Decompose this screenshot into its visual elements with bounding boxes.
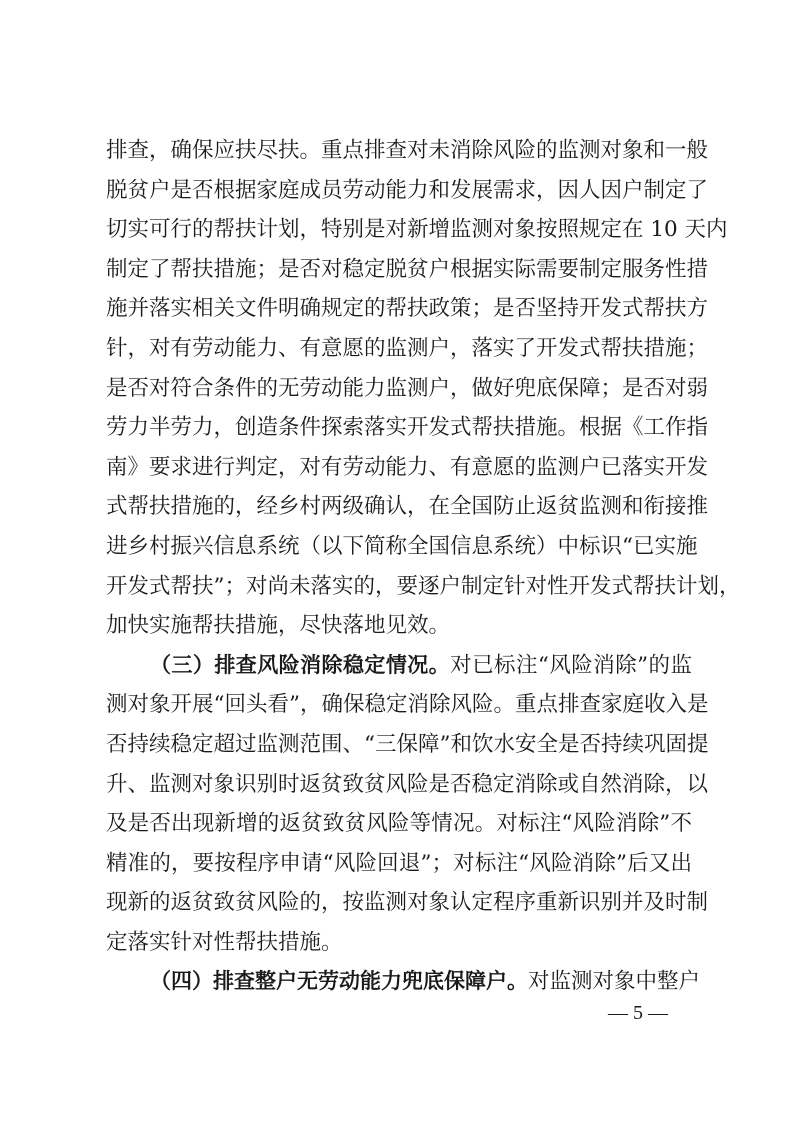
text-line: 进乡村振兴信息系统（以下简称全国信息系统）中标识“已实施: [106, 527, 692, 567]
text-line: 测对象开展“回头看”，确保稳定消除风险。重点排查家庭收入是: [106, 685, 692, 725]
text-line: 定落实针对性帮扶措施。: [106, 923, 692, 963]
text-line: 排查，确保应扶尽扶。重点排查对未消除风险的监测对象和一般: [106, 131, 692, 171]
text-line: 现新的返贫致贫风险的，按监测对象认定程序重新识别并及时制: [106, 883, 692, 923]
text-run: 对已标注“风险消除”的监: [450, 653, 692, 678]
section-3-first-line: （三）排查风险消除稳定情况。对已标注“风险消除”的监: [106, 646, 692, 686]
text-line: 精准的，要按程序申请“风险回退”；对标注“风险消除”后又出: [106, 844, 692, 884]
text-line: 及是否出现新增的返贫致贫风险等情况。对标注“风险消除”不: [106, 804, 692, 844]
text-line: 加快实施帮扶措施，尽快落地见效。: [106, 606, 692, 646]
section-heading-4: （四）排查整户无劳动能力兜底保障户。: [150, 969, 528, 993]
text-line: 脱贫户是否根据家庭成员劳动能力和发展需求，因人因户制定了: [106, 171, 692, 211]
body-text: 排查，确保应扶尽扶。重点排查对未消除风险的监测对象和一般 脱贫户是否根据家庭成员…: [106, 131, 692, 1002]
text-line: 施并落实相关文件明确规定的帮扶政策；是否坚持开发式帮扶方: [106, 289, 692, 329]
document-page: 排查，确保应扶尽扶。重点排查对未消除风险的监测对象和一般 脱贫户是否根据家庭成员…: [0, 0, 793, 1122]
text-line: 升、监测对象识别时返贫致贫风险是否稳定消除或自然消除，以: [106, 765, 692, 805]
text-line: 劳力半劳力，创造条件探索落实开发式帮扶措施。根据《工作指: [106, 408, 692, 448]
text-line: 是否对符合条件的无劳动能力监测户，做好兜底保障；是否对弱: [106, 369, 692, 409]
section-4-first-line: （四）排查整户无劳动能力兜底保障户。对监测对象中整户: [106, 962, 692, 1002]
text-line: 针，对有劳动能力、有意愿的监测户，落实了开发式帮扶措施；: [106, 329, 692, 369]
page-number: — 5 —: [588, 1000, 688, 1026]
text-line: 开发式帮扶”；对尚未落实的，要逐户制定针对性开发式帮扶计划，: [106, 567, 692, 607]
text-line: 否持续稳定超过监测范围、“三保障”和饮水安全是否持续巩固提: [106, 725, 692, 765]
text-line: 南》要求进行判定，对有劳动能力、有意愿的监测户已落实开发: [106, 448, 692, 488]
text-line: 制定了帮扶措施；是否对稳定脱贫户根据实际需要制定服务性措: [106, 250, 692, 290]
text-line: 式帮扶措施的，经乡村两级确认，在全国防止返贫监测和衔接推: [106, 487, 692, 527]
text-run: 对监测对象中整户: [528, 969, 700, 994]
section-heading-3: （三）排查风险消除稳定情况。: [150, 653, 450, 677]
text-line: 切实可行的帮扶计划，特别是对新增监测对象按照规定在 10 天内: [106, 210, 692, 250]
